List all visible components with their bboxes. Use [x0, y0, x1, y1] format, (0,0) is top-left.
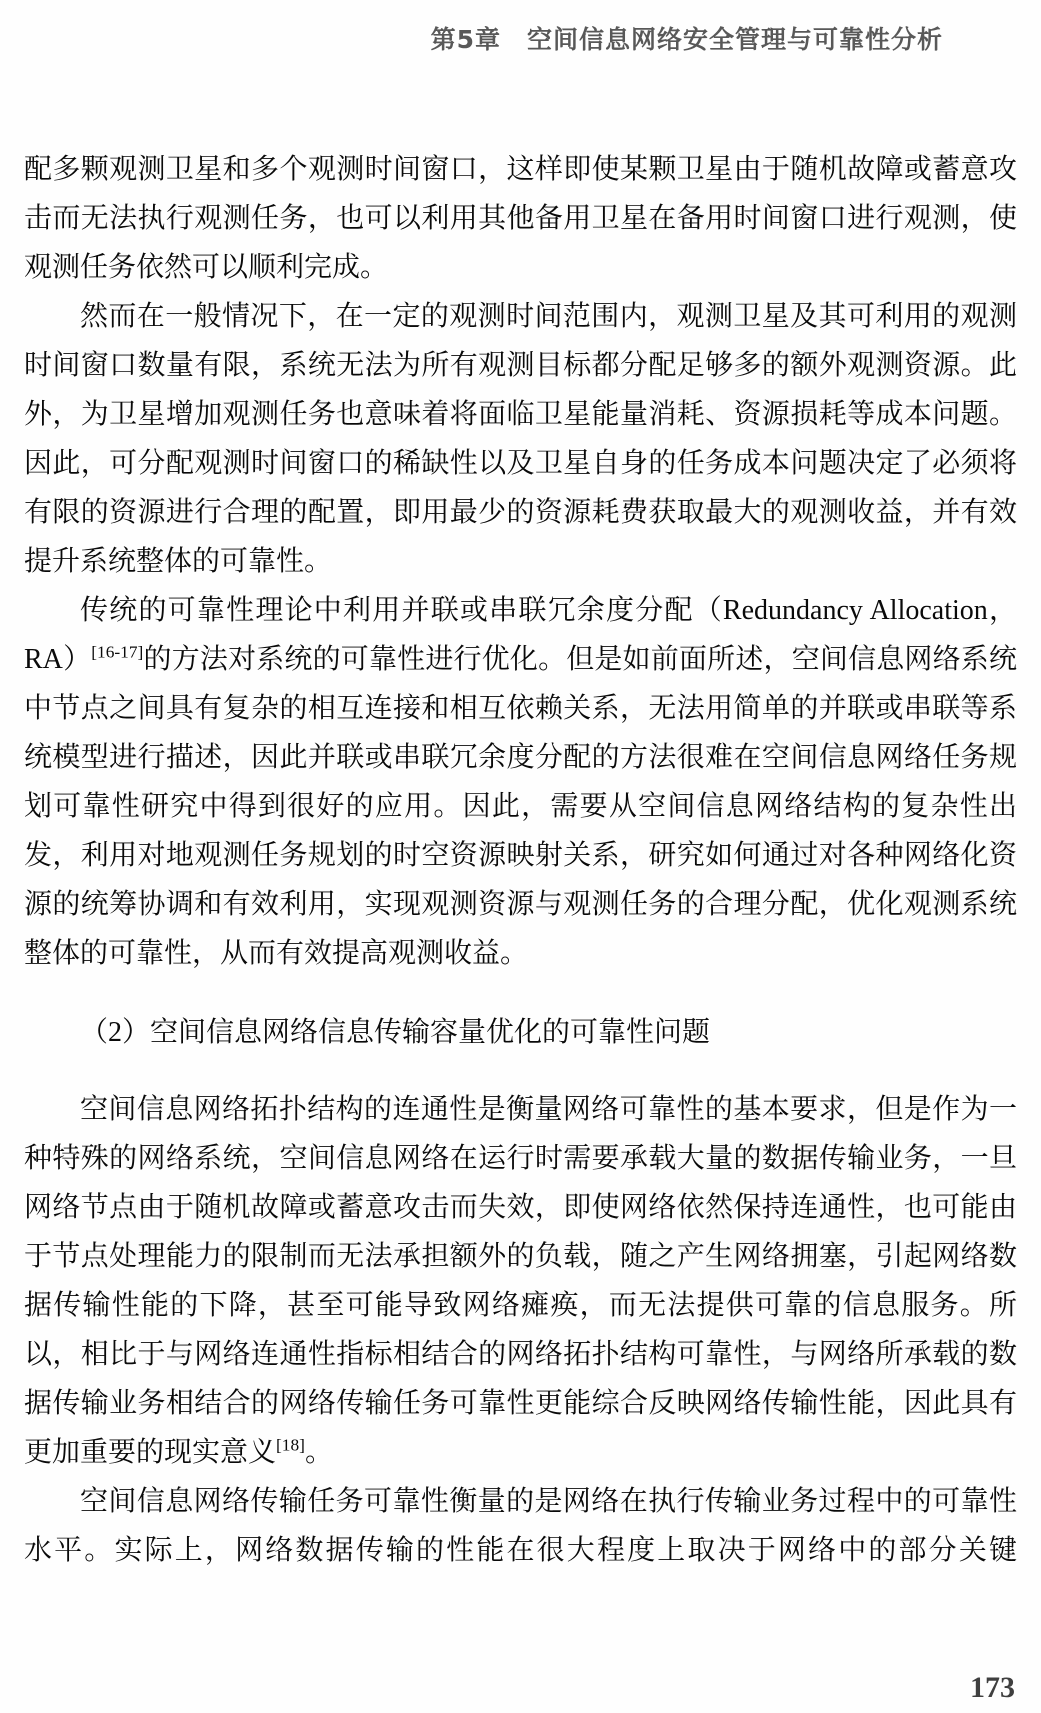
paragraph: 然而在一般情况下，在一定的观测时间范围内，观测卫星及其可利用的观测时间窗口数量有…	[24, 292, 1017, 586]
paragraph-text: 。	[305, 1437, 333, 1468]
paragraph-text: 的方法对系统的可靠性进行优化。但是如前面所述，空间信息网络系统中节点之间具有复杂…	[24, 644, 1017, 969]
citation-ref: [16-17]	[91, 643, 143, 662]
book-page: 第5章 空间信息网络安全管理与可靠性分析 配多颗观测卫星和多个观测时间窗口，这样…	[0, 0, 1041, 1713]
page-body: 配多颗观测卫星和多个观测时间窗口，这样即使某颗卫星由于随机故障或蓄意攻击而无法执…	[24, 145, 1017, 1575]
running-header: 第5章 空间信息网络安全管理与可靠性分析	[431, 20, 943, 56]
page-number: 173	[970, 1671, 1015, 1705]
section-subheading: （2）空间信息网络信息传输容量优化的可靠性问题	[24, 1008, 1017, 1057]
citation-ref: [18]	[276, 1436, 305, 1455]
paragraph: 空间信息网络传输任务可靠性衡量的是网络在执行传输业务过程中的可靠性水平。实际上，…	[24, 1477, 1017, 1575]
paragraph: 空间信息网络拓扑结构的连通性是衡量网络可靠性的基本要求，但是作为一种特殊的网络系…	[24, 1085, 1017, 1477]
paragraph: 传统的可靠性理论中利用并联或串联冗余度分配（Redundancy Allocat…	[24, 586, 1017, 978]
paragraph-text: 空间信息网络拓扑结构的连通性是衡量网络可靠性的基本要求，但是作为一种特殊的网络系…	[24, 1094, 1017, 1468]
paragraph: 配多颗观测卫星和多个观测时间窗口，这样即使某颗卫星由于随机故障或蓄意攻击而无法执…	[24, 145, 1017, 292]
